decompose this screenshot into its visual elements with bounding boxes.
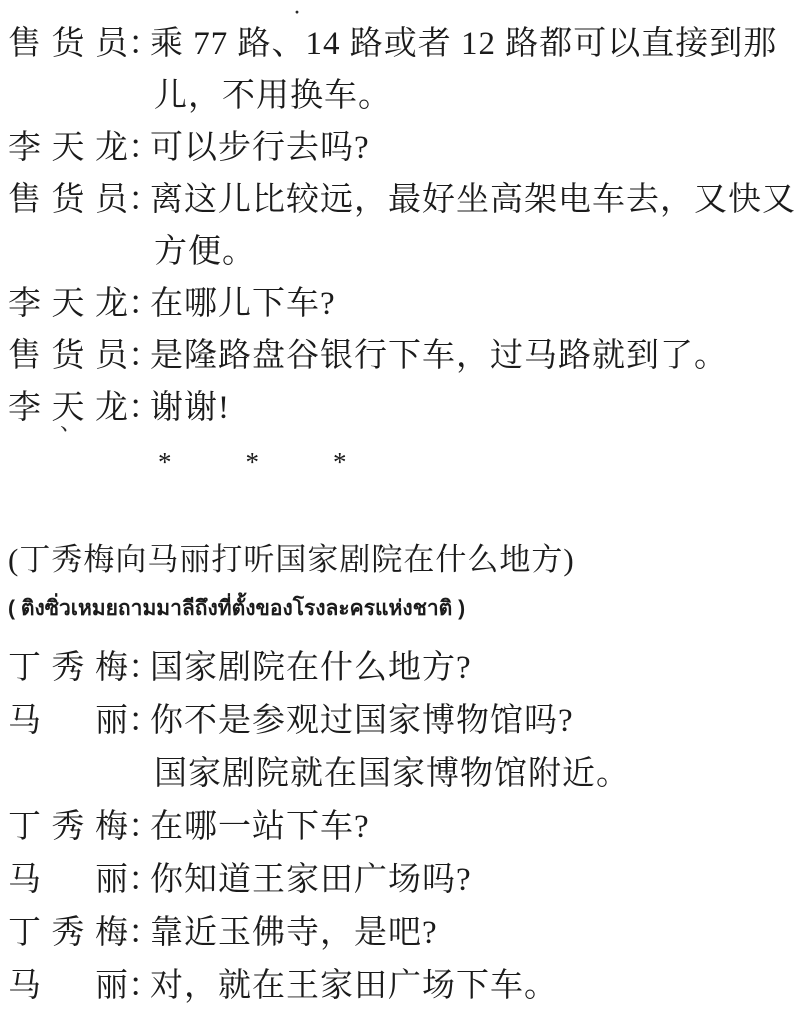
line-text: 对，就在王家田广场下车。 [150, 959, 558, 1006]
dialogue-line: 售货员： 离这儿比较远，最好坐高架电车去，又快又 [8, 170, 801, 222]
speaker-name: 售货员 [8, 329, 128, 376]
dialogue-line-continuation: 儿，不用换车。 [8, 66, 801, 118]
speaker-colon: ： [128, 959, 146, 1006]
line-text: 离这儿比较远，最好坐高架电车去，又快又 [150, 173, 796, 220]
speaker-colon: ： [128, 800, 146, 847]
speaker-name: 马丽 [8, 694, 128, 741]
speaker-name: 李天龙 [8, 277, 128, 324]
speaker-colon: ： [128, 694, 146, 741]
speaker-colon: ： [128, 17, 146, 64]
line-text: 方便。 [154, 225, 256, 272]
line-text: 你知道王家田广场吗? [150, 853, 472, 900]
speaker-colon: ： [128, 277, 146, 324]
line-text: 谢谢! [150, 381, 230, 428]
scan-artifact-dot: · [294, 2, 300, 23]
speaker-name: 丁秀梅 [8, 800, 128, 847]
line-text: 乘 77 路、14 路或者 12 路都可以直接到那 [150, 17, 777, 64]
speaker-colon: ： [128, 329, 146, 376]
line-text: 靠近玉佛寺，是吧? [150, 906, 438, 953]
dialogue-line: 马丽： 你不是参观过国家博物馆吗? [8, 691, 801, 744]
separator-asterisks: * * * [8, 444, 801, 480]
dialogue-line: 李天龙： 在哪儿下车? [8, 274, 801, 326]
dialogue-section-2: 丁秀梅： 国家剧院在什么地方? 马丽： 你不是参观过国家博物馆吗? 国家剧院就在… [8, 638, 801, 1009]
dialogue-line: 丁秀梅： 国家剧院在什么地方? [8, 638, 801, 691]
dialogue-line: 售货员： 是隆路盘谷银行下车，过马路就到了。 [8, 326, 801, 378]
line-text: 国家剧院就在国家博物馆附近。 [154, 747, 630, 794]
speaker-name: 李天龙 [8, 121, 128, 168]
speaker-name: 马丽 [8, 959, 128, 1006]
speaker-colon: ： [128, 906, 146, 953]
line-text: 在哪一站下车? [150, 800, 370, 847]
dialogue-line: 丁秀梅： 靠近玉佛寺，是吧? [8, 903, 801, 956]
dialogue-line: 售货员： 乘 77 路、14 路或者 12 路都可以直接到那 [8, 14, 801, 66]
dialogue-line-continuation: 方便。 [8, 222, 801, 274]
line-text: 可以步行去吗? [150, 121, 370, 168]
speaker-colon: ： [128, 853, 146, 900]
dialogue-line: 马丽： 你知道王家田广场吗? [8, 850, 801, 903]
asterisk: * [158, 447, 172, 478]
dialogue-line-continuation: 国家剧院就在国家博物馆附近。 [8, 744, 801, 797]
line-text: 是隆路盘谷银行下车，过马路就到了。 [150, 329, 728, 376]
speaker-name: 丁秀梅 [8, 906, 128, 953]
line-text: 儿，不用换车。 [154, 69, 392, 116]
speaker-colon: ： [128, 381, 146, 428]
asterisk: * [333, 447, 347, 478]
speaker-name: 售货员 [8, 173, 128, 220]
speaker-colon: ： [128, 173, 146, 220]
dialogue-line: 李天龙： 可以步行去吗? [8, 118, 801, 170]
speaker-name: 丁秀梅 [8, 641, 128, 688]
speaker-name: 马丽 [8, 853, 128, 900]
asterisk: * [246, 447, 260, 478]
dialogue-section-1: 售货员： 乘 77 路、14 路或者 12 路都可以直接到那 儿，不用换车。 李… [8, 14, 801, 430]
speaker-name: 售货员 [8, 17, 128, 64]
line-text: 国家剧院在什么地方? [150, 641, 472, 688]
dialogue-line: 丁秀梅： 在哪一站下车? [8, 797, 801, 850]
scan-artifact-mark: 、 [60, 406, 82, 437]
dialogue-line: 马丽： 对，就在王家田广场下车。 [8, 956, 801, 1009]
narration-thai: ( ติงซิ่วเหมยถามมาลีถึงที่ตั้งของโรงละคร… [8, 586, 801, 632]
narration-chinese: (丁秀梅向马丽打听国家剧院在什么地方) [8, 534, 801, 586]
textbook-page: · 、 售货员： 乘 77 路、14 路或者 12 路都可以直接到那 儿，不用换… [0, 0, 807, 1024]
line-text: 在哪儿下车? [150, 277, 336, 324]
line-text: 你不是参观过国家博物馆吗? [150, 694, 574, 741]
speaker-colon: ： [128, 121, 146, 168]
speaker-colon: ： [128, 641, 146, 688]
dialogue-line: 李天龙： 谢谢! [8, 378, 801, 430]
